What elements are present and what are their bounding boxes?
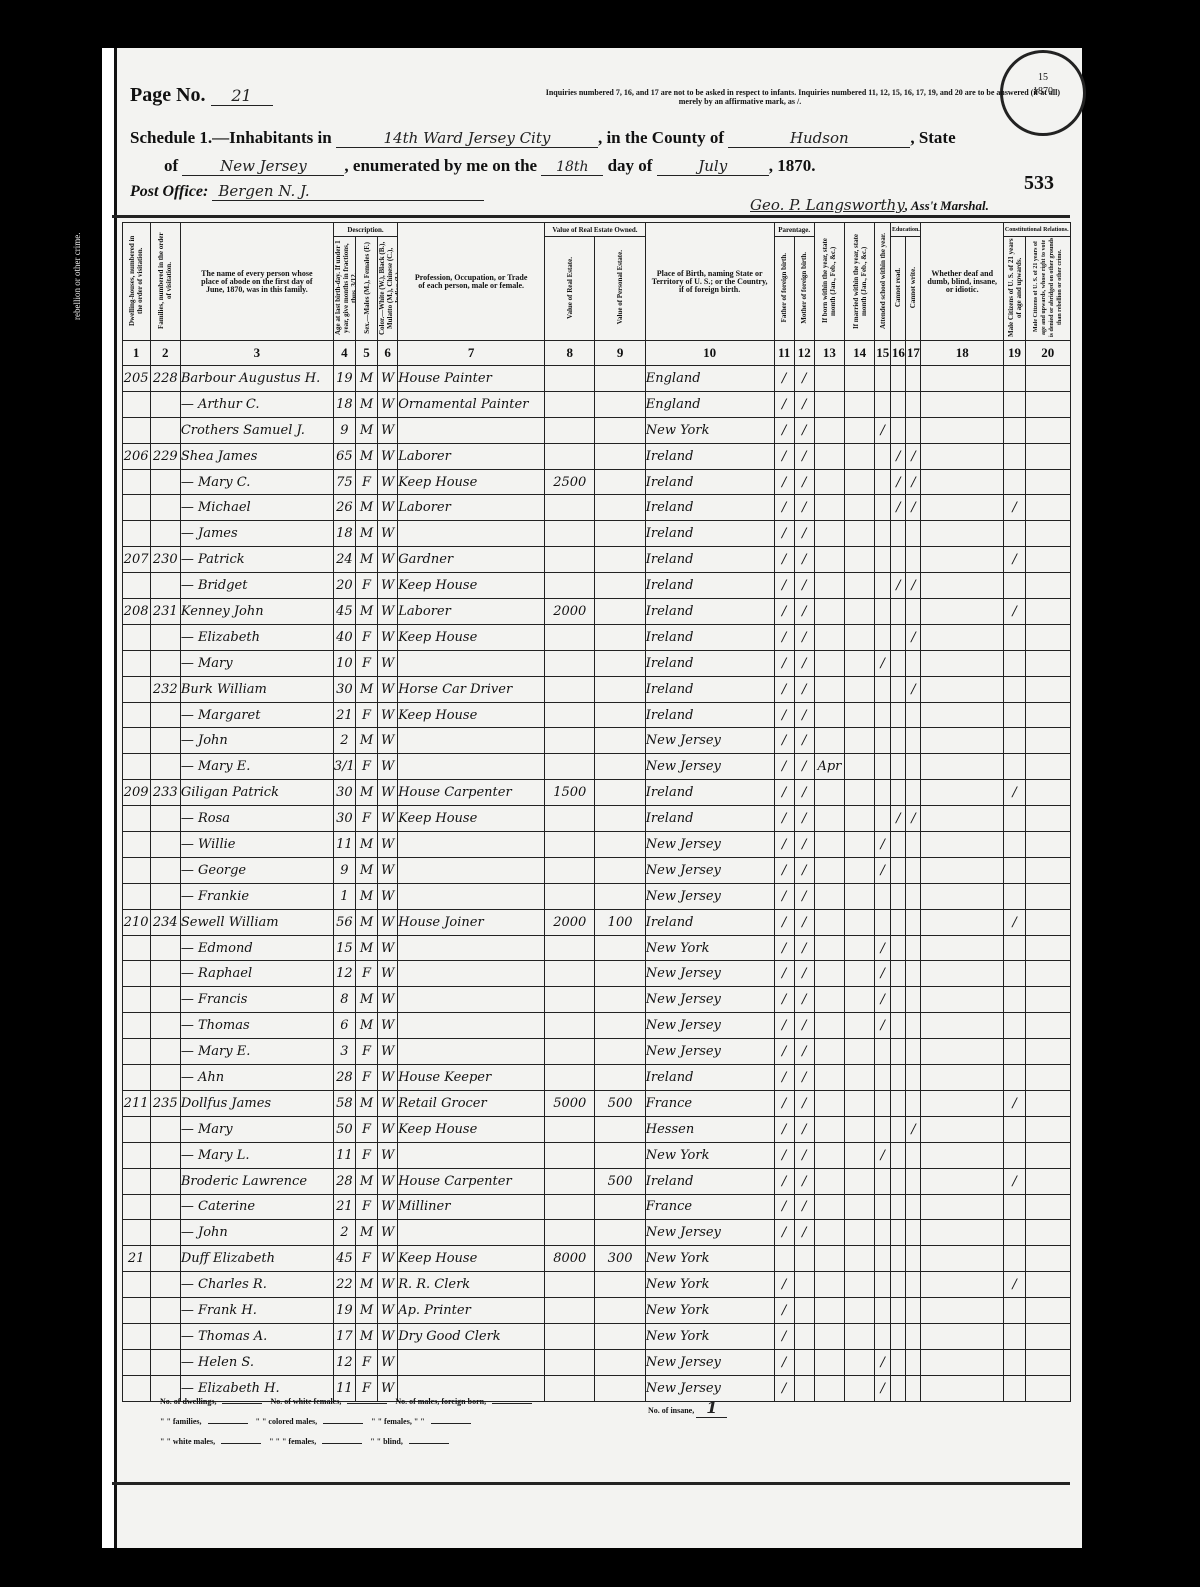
vote-denied-mark [1026,935,1070,961]
personal-estate-value [595,495,645,521]
born-month [814,1142,844,1168]
age: 11 [333,1142,355,1168]
family-number: 232 [150,676,180,702]
mother-foreign-mark [794,1323,814,1349]
married-month [845,1246,875,1272]
age: 18 [333,391,355,417]
cannot-write-mark [906,935,921,961]
sex: M [355,547,377,573]
real-estate-value [545,521,595,547]
instructions-line-2: merely by an affirmative mark, as /. [320,97,1060,106]
married-month [845,754,875,780]
dwelling-number: 21 [122,1246,150,1272]
cannot-read-mark [891,1298,906,1324]
person-name: — John [180,1220,333,1246]
vote-denied-mark [1026,806,1070,832]
color: W [378,1090,398,1116]
sex: M [355,832,377,858]
father-foreign-mark: / [774,1272,794,1298]
father-foreign-mark: / [774,1298,794,1324]
of-label: of [164,156,178,175]
color: W [378,935,398,961]
occupation: House Carpenter [398,1168,545,1194]
vote-denied-mark [1026,1323,1070,1349]
cannot-read-mark [891,366,906,392]
citizen-mark [1003,832,1025,858]
citizen-mark [1003,366,1025,392]
cannot-write-mark [906,1013,921,1039]
age: 56 [333,909,355,935]
age: 11 [333,832,355,858]
color: W [378,1298,398,1324]
vote-denied-mark [1026,1168,1070,1194]
real-estate-value: 2000 [545,909,595,935]
sex: M [355,987,377,1013]
occupation [398,1220,545,1246]
sex: F [355,1246,377,1272]
occupation: Ornamental Painter [398,391,545,417]
father-foreign-mark: / [774,754,794,780]
occupation: House Painter [398,366,545,392]
personal-estate-value [595,1013,645,1039]
father-foreign-mark: / [774,1013,794,1039]
person-name: Sewell William [180,909,333,935]
col-num: 6 [378,341,398,366]
infirmity [921,391,1004,417]
real-estate-value [545,935,595,961]
real-estate-value [545,1142,595,1168]
color: W [378,443,398,469]
person-name: — Ahn [180,1065,333,1091]
post-office-line: Post Office: Bergen N. J. [130,182,484,201]
married-month [845,780,875,806]
citizen-mark [1003,1013,1025,1039]
father-foreign-mark: / [774,832,794,858]
cannot-write-mark: / [906,443,921,469]
mother-foreign-mark: / [794,883,814,909]
born-month [814,780,844,806]
personal-estate-value [595,832,645,858]
school-mark: / [875,650,891,676]
citizen-mark [1003,883,1025,909]
citizen-mark [1003,624,1025,650]
age: 18 [333,521,355,547]
dwelling-number [122,961,150,987]
age: 21 [333,1194,355,1220]
father-foreign-mark: / [774,1375,794,1401]
school-mark [875,702,891,728]
married-month [845,1272,875,1298]
real-estate-value [545,1194,595,1220]
occupation [398,1349,545,1375]
vote-denied-mark [1026,1246,1070,1272]
personal-estate-value [595,806,645,832]
born-month [814,391,844,417]
sex: M [355,676,377,702]
age: 2 [333,728,355,754]
mother-foreign-mark: / [794,391,814,417]
school-mark [875,1246,891,1272]
family-number [150,1039,180,1065]
married-month [845,1323,875,1349]
sex: M [355,366,377,392]
occupation [398,417,545,443]
real-estate-value [545,1323,595,1349]
col-num: 20 [1026,341,1070,366]
cannot-read-mark [891,521,906,547]
sex: F [355,1065,377,1091]
school-mark [875,1065,891,1091]
col-num: 10 [645,341,774,366]
enumeration-line: of New Jersey, enumerated by me on the 1… [164,156,815,176]
cannot-write-mark [906,417,921,443]
father-foreign-mark: / [774,1194,794,1220]
father-foreign-mark: / [774,1039,794,1065]
citizen-mark [1003,961,1025,987]
person-name: — Charles R. [180,1272,333,1298]
person-name: Shea James [180,443,333,469]
school-mark: / [875,1013,891,1039]
birthplace: New Jersey [645,987,774,1013]
birthplace: New York [645,1298,774,1324]
real-estate-value [545,1298,595,1324]
marshal-signature: Geo. P. Langsworthy [750,196,905,214]
dwelling-number [122,495,150,521]
sex: M [355,780,377,806]
state-label: , State [910,128,955,147]
post-office-label: Post Office: [130,183,208,200]
citizen-mark [1003,573,1025,599]
person-name: — Mary C. [180,469,333,495]
school-mark [875,443,891,469]
birthplace: Ireland [645,650,774,676]
cannot-write-mark [906,1039,921,1065]
person-name: Broderic Lawrence [180,1168,333,1194]
infirmity [921,521,1004,547]
vote-denied-mark [1026,391,1070,417]
vote-denied-mark [1026,650,1070,676]
born-month [814,1013,844,1039]
person-name: — Michael [180,495,333,521]
birthplace: England [645,391,774,417]
married-month [845,366,875,392]
cannot-write-mark [906,1142,921,1168]
dwelling-number [122,521,150,547]
infirmity [921,1194,1004,1220]
family-number: 230 [150,547,180,573]
col-num: 5 [355,341,377,366]
cannot-write-mark [906,1168,921,1194]
vote-denied-mark [1026,909,1070,935]
cannot-write-mark [906,1298,921,1324]
citizen-mark [1003,754,1025,780]
father-foreign-mark: / [774,935,794,961]
color: W [378,1194,398,1220]
sex: F [355,1039,377,1065]
mother-foreign-mark: / [794,702,814,728]
personal-estate-value [595,624,645,650]
col-age-header: Age at last birth-day. If under 1 year, … [333,237,355,341]
table-row: 38— Thomas A.17MWDry Good ClerkNew York/… [122,1323,1070,1349]
family-number [150,1142,180,1168]
dwelling-number [122,1065,150,1091]
personal-estate-value [595,961,645,987]
family-number [150,883,180,909]
school-mark [875,391,891,417]
birthplace: Ireland [645,599,774,625]
infirmity [921,780,1004,806]
infirmity [921,573,1004,599]
personal-estate-value [595,521,645,547]
father-foreign-mark: / [774,417,794,443]
mother-foreign-mark: / [794,1220,814,1246]
occupation [398,832,545,858]
table-row: 25— Francis8MWNew Jersey///25 [122,987,1070,1013]
table-row: 8207230— Patrick24MWGardnerIreland///8 [122,547,1070,573]
school-mark: / [875,1375,891,1401]
married-month [845,909,875,935]
table-row: 5— Mary C.75FWKeep House2500Ireland////5 [122,469,1070,495]
col-num: 8 [545,341,595,366]
married-month [845,1349,875,1375]
dwelling-number: 209 [122,780,150,806]
col-cannot-read-header: Cannot read. [891,237,906,341]
infirmity [921,443,1004,469]
citizen-mark [1003,443,1025,469]
school-mark: / [875,857,891,883]
color: W [378,1039,398,1065]
col-num: 9 [595,341,645,366]
footer-rule [112,1482,1070,1485]
footer-families: " " families, [160,1417,202,1426]
family-number [150,391,180,417]
dwelling-number [122,754,150,780]
cannot-write-mark [906,599,921,625]
real-estate-value [545,1116,595,1142]
father-foreign-mark: / [774,728,794,754]
color: W [378,1168,398,1194]
cannot-read-mark [891,417,906,443]
dwelling-number [122,650,150,676]
mother-foreign-mark: / [794,935,814,961]
vote-denied-mark [1026,883,1070,909]
sex: M [355,935,377,961]
vote-denied-mark [1026,495,1070,521]
real-estate-value [545,1168,595,1194]
vote-denied-mark [1026,521,1070,547]
mother-foreign-mark: / [794,1168,814,1194]
married-month [845,676,875,702]
personal-estate-value [595,857,645,883]
real-estate-value [545,547,595,573]
color: W [378,1349,398,1375]
vote-denied-mark [1026,1349,1070,1375]
person-name: Kenney John [180,599,333,625]
occupation: Keep House [398,1246,545,1272]
dwelling-number [122,417,150,443]
cannot-write-mark [906,1065,921,1091]
cannot-read-mark [891,1142,906,1168]
birthplace: New Jersey [645,857,774,883]
occupation: Ap. Printer [398,1298,545,1324]
color: W [378,728,398,754]
table-row: 39— Helen S.12FWNew Jersey//39 [122,1349,1070,1375]
married-month [845,1142,875,1168]
footer-foreign-males: No. of males, foreign born, [395,1397,486,1406]
citizen-mark [1003,417,1025,443]
father-foreign-mark: / [774,573,794,599]
real-estate-value [545,961,595,987]
page-label: Page No. [130,84,206,106]
birthplace: Ireland [645,1065,774,1091]
real-estate-value [545,1013,595,1039]
vote-denied-mark [1026,1116,1070,1142]
infirmity [921,1375,1004,1401]
infirmity [921,366,1004,392]
personal-estate-value [595,1220,645,1246]
page-number-line: Page No. 21 [130,84,273,107]
post-office-value: Bergen N. J. [212,182,484,201]
vote-denied-mark [1026,443,1070,469]
school-mark: / [875,1142,891,1168]
vote-denied-mark [1026,857,1070,883]
infirmity [921,469,1004,495]
occupation: Keep House [398,624,545,650]
married-month [845,521,875,547]
family-number [150,573,180,599]
school-mark [875,495,891,521]
occupation [398,987,545,1013]
person-name: Giligan Patrick [180,780,333,806]
married-month [845,573,875,599]
personal-estate-value: 500 [595,1090,645,1116]
born-month [814,469,844,495]
occupation [398,857,545,883]
edge-margin-text: rebellion or other crime. [72,210,86,320]
family-number [150,961,180,987]
color: W [378,495,398,521]
birthplace: New Jersey [645,1349,774,1375]
sex: F [355,624,377,650]
born-month [814,883,844,909]
occupation: Keep House [398,806,545,832]
cannot-write-mark [906,728,921,754]
cannot-read-mark [891,624,906,650]
sheet-number: 533 [1024,172,1054,195]
married-month [845,1090,875,1116]
citizen-mark: / [1003,780,1025,806]
citizen-mark [1003,1142,1025,1168]
cannot-write-mark: / [906,624,921,650]
family-number [150,469,180,495]
cannot-read-mark: / [891,573,906,599]
citizen-mark [1003,1065,1025,1091]
table-row: 33— Caterine21FWMillinerFrance//33 [122,1194,1070,1220]
sex: F [355,1142,377,1168]
father-foreign-mark: / [774,1168,794,1194]
sex: F [355,1194,377,1220]
born-month [814,521,844,547]
age: 20 [333,573,355,599]
school-mark: / [875,987,891,1013]
infirmity [921,1013,1004,1039]
birthplace: Ireland [645,702,774,728]
vote-denied-mark [1026,728,1070,754]
vote-denied-mark [1026,1039,1070,1065]
father-foreign-mark: / [774,469,794,495]
cannot-read-mark [891,935,906,961]
cannot-write-mark: / [906,806,921,832]
citizen-mark: / [1003,599,1025,625]
occupation: Keep House [398,573,545,599]
born-month [814,650,844,676]
birthplace: England [645,366,774,392]
mother-foreign-mark [794,1246,814,1272]
mother-foreign-mark: / [794,754,814,780]
age: 22 [333,1272,355,1298]
sex: F [355,806,377,832]
table-row: 15— John2MWNew Jersey//15 [122,728,1070,754]
real-estate-value [545,1375,595,1401]
married-month [845,1065,875,1091]
cannot-read-mark [891,1375,906,1401]
cannot-write-mark [906,1246,921,1272]
cannot-write-mark [906,1375,921,1401]
birthplace: New York [645,1142,774,1168]
col-num: 11 [774,341,794,366]
instructions-line-1: Inquiries numbered 7, 16, and 17 are not… [320,88,1060,97]
born-month [814,1349,844,1375]
dwelling-number [122,1375,150,1401]
birthplace: New Jersey [645,883,774,909]
dwelling-number [122,1013,150,1039]
born-month [814,1298,844,1324]
cannot-read-mark [891,1116,906,1142]
born-month [814,495,844,521]
dwelling-number [122,1039,150,1065]
born-month [814,417,844,443]
person-name: — Raphael [180,961,333,987]
person-name: — Francis [180,987,333,1013]
col-num: 12 [794,341,814,366]
age: 58 [333,1090,355,1116]
real-estate-value [545,1065,595,1091]
sex: M [355,599,377,625]
table-row: 20— George9MWNew Jersey///20 [122,857,1070,883]
sex: F [355,573,377,599]
father-foreign-mark: / [774,883,794,909]
citizen-mark: / [1003,1168,1025,1194]
real-estate-value: 1500 [545,780,595,806]
age: 50 [333,1116,355,1142]
personal-estate-value [595,443,645,469]
real-estate-value: 2000 [545,599,595,625]
person-name: — Helen S. [180,1349,333,1375]
age: 10 [333,650,355,676]
citizen-mark [1003,650,1025,676]
infirmity [921,1246,1004,1272]
sex: M [355,1323,377,1349]
born-month [814,1116,844,1142]
citizen-mark: / [1003,1272,1025,1298]
table-row: 18— Rosa30FWKeep HouseIreland////18 [122,806,1070,832]
school-mark [875,1090,891,1116]
mother-foreign-mark: / [794,1039,814,1065]
school-mark [875,366,891,392]
person-name: — Mary E. [180,1039,333,1065]
family-number [150,1246,180,1272]
cannot-read-mark: / [891,443,906,469]
